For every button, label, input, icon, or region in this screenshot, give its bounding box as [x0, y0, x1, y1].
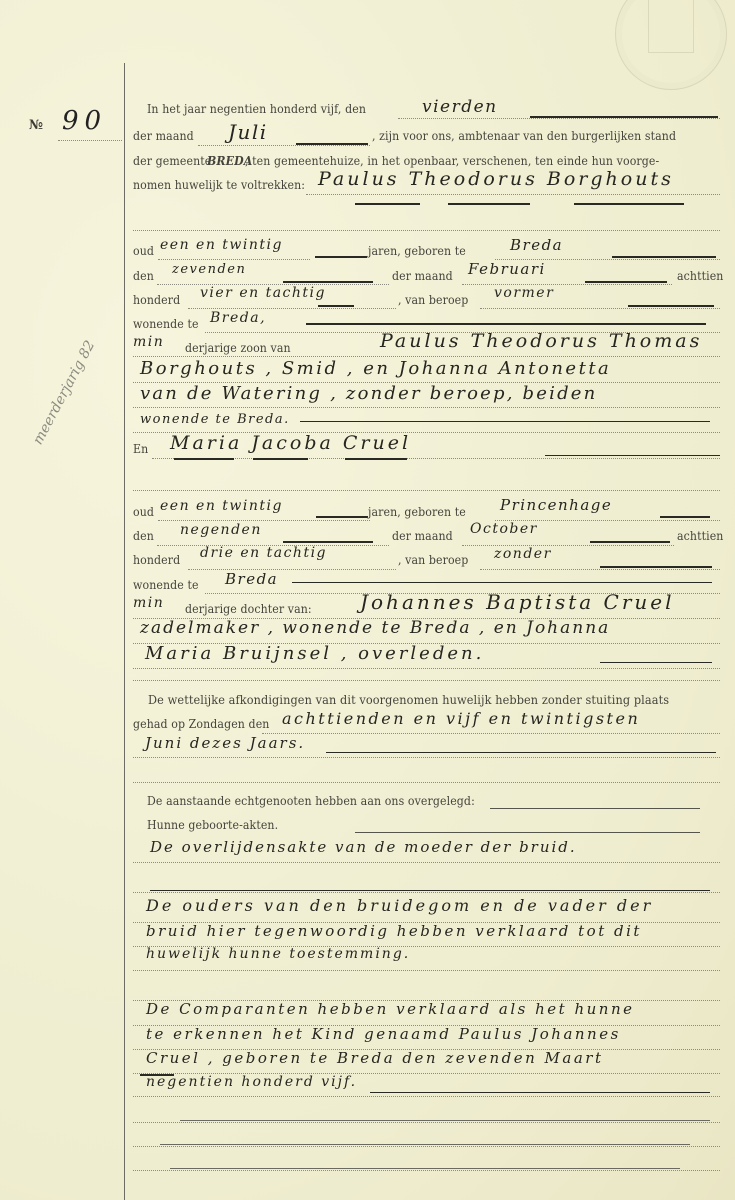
- bride-parents-2: zadelmaker , wonende te Breda , en Johan…: [140, 618, 610, 638]
- proclamation-dates: achttienden en vijf en twintigsten: [282, 709, 640, 728]
- seal-shield-icon: [648, 0, 694, 53]
- fill-stroke: [628, 305, 714, 307]
- fill-stroke: [316, 516, 368, 518]
- document-line-5: De Comparanten hebben verklaard als het …: [146, 1000, 635, 1018]
- underline: [174, 458, 234, 460]
- rule: [306, 194, 720, 195]
- document-line-4: huwelijk hunne toestemming.: [146, 946, 410, 962]
- rule: [133, 862, 720, 863]
- bride-age-label: oud: [133, 504, 154, 519]
- intro-line2-rest: , zijn voor ons, ambtenaar van den burge…: [372, 128, 676, 143]
- margin-note: meerderjarig 82: [30, 338, 98, 448]
- rule: [262, 733, 720, 734]
- record-number-label: №: [29, 118, 43, 133]
- fill-stroke: [600, 566, 712, 568]
- fill-stroke: [160, 1144, 690, 1145]
- bride-birth-day: negenden: [180, 522, 262, 538]
- groom-birthplace: Breda: [510, 236, 563, 254]
- groom-minor-status: min: [133, 334, 164, 350]
- bride-occupation-label: , van beroep: [398, 552, 468, 567]
- bride-age: een en twintig: [160, 498, 283, 514]
- rule: [152, 458, 720, 459]
- fill-stroke: [315, 256, 367, 258]
- rule: [398, 118, 720, 119]
- fill-stroke: [180, 1120, 710, 1121]
- rule: [133, 1096, 720, 1097]
- rule: [133, 1170, 720, 1171]
- fill-stroke: [590, 541, 670, 543]
- rule: [133, 782, 720, 783]
- fill-stroke: [660, 516, 710, 518]
- groom-residence: Breda,: [210, 310, 266, 326]
- groom-parents-3: van de Watering , zonder beroep, beiden: [140, 383, 597, 404]
- fill-stroke: [490, 808, 700, 809]
- record-number-rule: [58, 140, 122, 141]
- intro-line2-label: der maand: [133, 128, 194, 143]
- intro-line1: In het jaar negentien honderd vijf, den: [147, 101, 366, 116]
- rule: [188, 308, 396, 309]
- rule: [133, 680, 720, 681]
- groom-parents-2: Borghouts , Smid , en Johanna Antonetta: [140, 358, 611, 379]
- fill-stroke: [370, 1092, 710, 1093]
- groom-occupation-label: , van beroep: [398, 292, 468, 307]
- fill-stroke: [318, 305, 354, 307]
- bride-birth-month: October: [470, 521, 538, 537]
- marriage-day: vierden: [422, 97, 498, 117]
- groom-month-label: der maand: [392, 268, 453, 283]
- rule: [133, 668, 720, 669]
- rule: [133, 1146, 720, 1147]
- rule: [480, 308, 720, 309]
- rule: [133, 757, 720, 758]
- groom-son-label: derjarige zoon van: [185, 340, 291, 355]
- fill-stroke: [585, 281, 667, 283]
- marriage-month: Juli: [228, 120, 268, 144]
- bride-birth-year: drie en tachtig: [200, 545, 327, 561]
- rule: [133, 407, 720, 408]
- fill-stroke: [292, 582, 712, 583]
- fill-stroke: [283, 541, 373, 543]
- rule: [480, 569, 720, 570]
- document-line-7: Cruel , geboren te Breda den zevenden Ma…: [146, 1049, 603, 1067]
- bride-minor-status: min: [133, 595, 164, 611]
- rule: [158, 520, 370, 521]
- proclamations-text: De wettelijke afkondigingen van dit voor…: [148, 692, 669, 707]
- groom-residence-label: wonende te: [133, 316, 199, 331]
- groom-age-label: oud: [133, 243, 154, 258]
- fill-stroke: [296, 143, 368, 145]
- rule: [188, 569, 396, 570]
- fill-stroke: [545, 455, 720, 456]
- groom-name: Paulus Theodorus Borghouts: [318, 168, 674, 190]
- margin-rule: [124, 63, 125, 1200]
- fill-stroke: [150, 890, 710, 891]
- intro-line3-label: der gemeente: [133, 153, 211, 168]
- document-line-6: te erkennen het Kind genaamd Paulus Joha…: [146, 1025, 621, 1043]
- underline: [574, 203, 684, 205]
- fill-stroke: [306, 323, 706, 325]
- groom-hundred-label: honderd: [133, 292, 180, 307]
- document-line-2: De ouders van den bruidegom en de vader …: [146, 896, 653, 915]
- rule: [133, 490, 720, 491]
- bride-born-label: jaren, geboren te: [368, 504, 466, 519]
- bride-parents-3: Maria Bruijnsel , overleden.: [145, 643, 484, 664]
- bride-hundred-label: honderd: [133, 552, 180, 567]
- rule: [198, 145, 370, 146]
- underline: [448, 203, 530, 205]
- groom-birth-day: zevenden: [172, 262, 246, 277]
- document-line-8: negentien honderd vijf.: [146, 1074, 357, 1090]
- rule: [133, 230, 720, 231]
- bride-century-label: achttien: [677, 528, 723, 543]
- document-page: № 90 meerderjarig 82 In het jaar negenti…: [0, 0, 735, 1200]
- fill-stroke: [600, 662, 712, 663]
- rule: [133, 1122, 720, 1123]
- rule: [133, 356, 720, 357]
- fill-stroke: [170, 1168, 680, 1169]
- rule: [158, 259, 310, 260]
- document-line-3: bruid hier tegenwoordig hebben verklaard…: [146, 922, 642, 940]
- bride-name: Maria Jacoba Cruel: [170, 432, 411, 454]
- document-line-1: De overlijdensakte van de moeder der bru…: [150, 838, 577, 856]
- groom-occupation: vormer: [494, 285, 554, 301]
- fill-stroke: [355, 832, 700, 833]
- bride-residence: Breda: [225, 570, 278, 588]
- groom-age: een en twintig: [160, 237, 283, 253]
- proclamations-sundays-label: gehad op Zondagen den: [133, 716, 269, 731]
- fill-stroke: [612, 256, 716, 258]
- underline: [253, 458, 308, 460]
- fill-stroke: [326, 752, 716, 753]
- groom-parents-4: wonende te Breda.: [140, 412, 290, 427]
- bride-birthplace: Princenhage: [500, 496, 612, 514]
- bride-residence-label: wonende te: [133, 577, 199, 592]
- groom-born-label: jaren, geboren te: [368, 243, 466, 258]
- fill-stroke: [283, 281, 373, 283]
- underline: [345, 458, 407, 460]
- fill-stroke: [530, 116, 718, 118]
- groom-birth-month: Februari: [468, 260, 546, 278]
- rule: [133, 892, 720, 893]
- fill-stroke: [300, 421, 710, 422]
- bride-en-label: En: [133, 441, 148, 456]
- bride-father: Johannes Baptista Cruel: [360, 590, 675, 614]
- bride-month-label: der maand: [392, 528, 453, 543]
- bride-occupation: zonder: [494, 546, 552, 562]
- embossed-seal: [615, 0, 727, 90]
- rule: [133, 970, 720, 971]
- record-number: 90: [62, 106, 107, 136]
- bride-daughter-label: derjarige dochter van:: [185, 601, 312, 616]
- intro-line3-rest: , ten gemeentehuize, in het openbaar, ve…: [245, 153, 659, 168]
- proclamation-month: Juni dezes Jaars.: [145, 734, 305, 752]
- groom-birth-year: vier en tachtig: [200, 285, 326, 301]
- groom-day-label: den: [133, 268, 154, 283]
- groom-century-label: achttien: [677, 268, 723, 283]
- intro-line4: nomen huwelijk te voltrekken:: [133, 177, 305, 192]
- groom-father: Paulus Theodorus Thomas: [380, 330, 702, 352]
- birth-certificates-label: Hunne geboorte-akten.: [147, 817, 278, 832]
- bride-day-label: den: [133, 528, 154, 543]
- documents-label: De aanstaande echtgenooten hebben aan on…: [147, 793, 475, 808]
- underline: [355, 203, 420, 205]
